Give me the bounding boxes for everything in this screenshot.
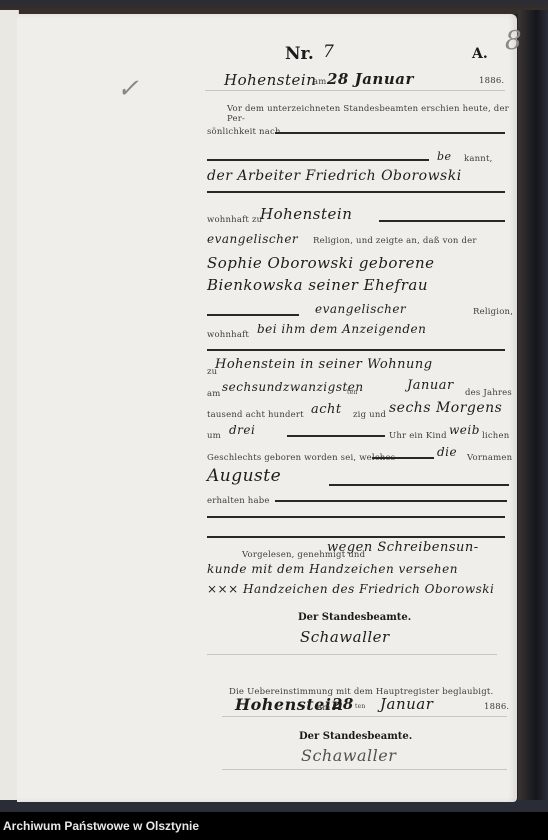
birth-hour: drei: [229, 423, 255, 437]
archive-name: Archiwum Państwowe w Olsztynie: [3, 819, 199, 833]
intro-text: Vor dem unterzeichneten Standesbeamten e…: [227, 104, 517, 124]
bekannt-label: kannt,: [464, 154, 493, 164]
residence-label: wohnhaft zu: [207, 215, 262, 225]
birth-day: sechsundzwanzigsten: [222, 380, 364, 394]
vornamen-label: Vornamen: [467, 453, 512, 463]
cert-am: am: [317, 703, 331, 713]
um-label: um: [207, 431, 221, 441]
intro-text-2: sönlichkeit nach: [207, 127, 281, 137]
cert-ten: ten: [355, 703, 365, 710]
uhr-text: Uhr ein Kind: [389, 431, 447, 441]
residence-value-2: bei ihm dem Anzeigenden: [257, 322, 426, 336]
record-number-label: Nr.: [285, 44, 314, 64]
birth-month: Januar: [407, 378, 454, 393]
document-page: ✓ 8 Nr. 7 A. Hohenstein am 28 Januar 188…: [17, 14, 517, 802]
vorgelesen-reason: wegen Schreibensun-: [327, 540, 479, 555]
child-name: Auguste: [207, 466, 281, 486]
closing-line-3: ××× Handzeichen des Friedrich Oborowski: [207, 582, 494, 596]
religion-text: Religion, und zeigte an, daß von der: [313, 236, 477, 246]
lichen-suffix: lichen: [482, 431, 509, 441]
certification-day: 28: [332, 695, 354, 713]
tausend-label: tausend acht hundert: [207, 410, 304, 420]
religion-value: evangelischer: [207, 232, 298, 246]
ten-suffix: ten: [347, 389, 357, 396]
residence-value: Hohenstein: [260, 205, 352, 223]
registrar-signature: Schawaller: [300, 628, 390, 646]
declarant-name: der Arbeiter Friedrich Oborowski: [207, 168, 462, 184]
birth-year-unit: sechs Morgens: [389, 400, 502, 416]
archive-footer: Archiwum Państwowe w Olsztynie: [0, 812, 548, 840]
pencil-page-number: 8: [505, 26, 522, 56]
vornamen-article: die: [437, 445, 457, 459]
mother-name-line2: Bienkowska seiner Ehefrau: [207, 276, 428, 294]
record-number: 7: [323, 42, 334, 62]
header-am: am: [313, 77, 327, 87]
header-date: 28 Januar: [327, 70, 414, 88]
erhalten-label: erhalten habe: [207, 496, 270, 506]
mother-religion: evangelischer: [315, 302, 406, 316]
zig-und-label: zig und: [353, 410, 386, 420]
register-letter: A.: [472, 46, 488, 62]
certification-year: 1886.: [484, 702, 509, 712]
registrar-title-2: Der Standesbeamte.: [299, 731, 412, 742]
birth-year-decade: acht: [311, 402, 342, 417]
mother-name-line1: Sophie Oborowski geborene: [207, 254, 435, 272]
book-cover-top: [0, 0, 548, 14]
birth-place: Hohenstein in seiner Wohnung: [215, 357, 433, 372]
child-sex: weib: [449, 423, 480, 437]
residence-label-2: wohnhaft: [207, 330, 249, 340]
closing-line-2: kunde mit dem Handzeichen versehen: [207, 562, 458, 576]
pencil-check-mark: ✓: [117, 74, 139, 104]
religion-label-2: Religion,: [473, 307, 513, 317]
am-label: am: [207, 389, 221, 399]
certification-month: Januar: [380, 695, 433, 713]
registrar-title: Der Standesbeamte.: [298, 612, 411, 623]
header-place: Hohenstein: [224, 71, 316, 89]
registrar-signature-2: Schawaller: [301, 746, 396, 765]
bekannt-prefix: be: [437, 150, 452, 163]
header-year: 1886.: [479, 76, 504, 86]
des-jahres-label: des Jahres: [465, 388, 512, 398]
geschlechts-text: Geschlechts geboren worden sei, welches: [207, 453, 395, 463]
book-spine: [518, 10, 548, 802]
